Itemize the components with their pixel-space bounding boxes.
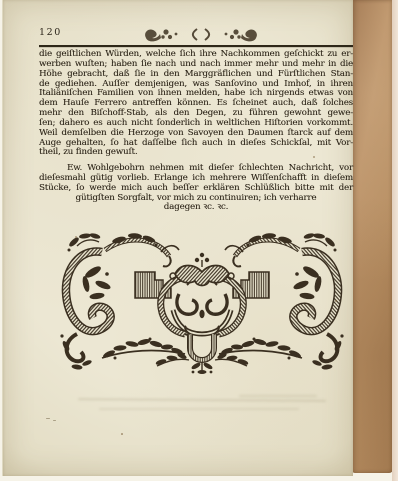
foxing-speck [53, 420, 56, 421]
header-rule [39, 45, 353, 47]
foxing-speck [75, 236, 77, 238]
book-board-edge [352, 0, 393, 473]
foxing-speck [46, 418, 50, 419]
text-line: dagegen ꝛc. ꝛc. [39, 203, 353, 213]
showthrough-smudge [78, 398, 326, 402]
paper-page: 120 die geiſtlichen Würden, welche ſich … [2, 0, 353, 476]
page-number: 120 [39, 27, 62, 38]
showthrough-smudge [239, 395, 317, 397]
paragraph-1: die geiſtlichen Würden, welche ſich ihre… [39, 50, 353, 158]
tailpiece-woodcut-ornament-icon [57, 230, 347, 380]
foxing-speck [335, 300, 337, 302]
showthrough-smudge [99, 408, 299, 410]
foxing-speck [121, 433, 123, 435]
scanned-book-page: 120 die geiſtlichen Würden, welche ſich … [0, 0, 398, 481]
scan-edge-sliver [392, 0, 398, 481]
paragraph-2: Ew. Wohlgebohrn nehmen mit dieſer ſchlec… [39, 164, 353, 213]
headpiece-fleuron-icon [140, 26, 262, 43]
foxing-speck [313, 156, 315, 158]
text-line: theil, zu finden gewuſt. [39, 148, 353, 158]
